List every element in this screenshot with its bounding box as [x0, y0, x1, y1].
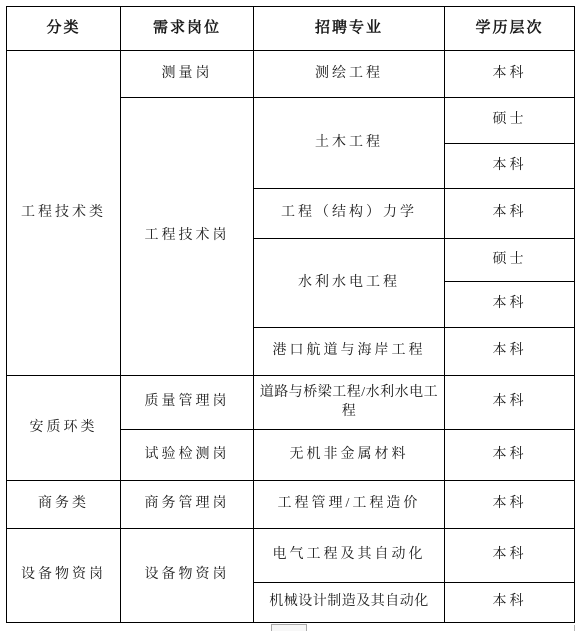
cell-major: 港口航道与海岸工程 [254, 328, 445, 376]
cell-major: 机械设计制造及其自动化 [254, 583, 445, 623]
cell-degree: 硕士 [445, 239, 575, 282]
table-row: 商务类 商务管理岗 工程管理/工程造价 本科 [7, 481, 575, 529]
cell-major: 工程管理/工程造价 [254, 481, 445, 529]
header-category: 分类 [7, 7, 121, 51]
clipped-gridline-fragment [574, 625, 575, 631]
cell-category: 安质环类 [7, 376, 121, 481]
cell-category: 设备物资岗 [7, 529, 121, 623]
cell-category: 商务类 [7, 481, 121, 529]
document-page: 分类 需求岗位 招聘专业 学历层次 工程技术类 测量岗 测绘工程 本科 工程技术… [0, 0, 579, 631]
cell-major: 道路与桥梁工程/水利水电工程 [254, 376, 445, 430]
cell-major: 测绘工程 [254, 51, 445, 98]
cell-major: 水利水电工程 [254, 239, 445, 328]
cell-major: 无机非金属材料 [254, 430, 445, 481]
header-degree: 学历层次 [445, 7, 575, 51]
cell-degree: 本科 [445, 282, 575, 328]
cell-degree: 本科 [445, 583, 575, 623]
cell-degree: 本科 [445, 529, 575, 583]
cell-degree: 本科 [445, 328, 575, 376]
cell-position: 质量管理岗 [121, 376, 254, 430]
recruitment-positions-table: 分类 需求岗位 招聘专业 学历层次 工程技术类 测量岗 测绘工程 本科 工程技术… [6, 6, 575, 623]
cell-degree: 本科 [445, 144, 575, 189]
cell-position: 工程技术岗 [121, 98, 254, 376]
cell-degree: 本科 [445, 51, 575, 98]
table-row: 工程技术类 测量岗 测绘工程 本科 [7, 51, 575, 98]
cell-major: 电气工程及其自动化 [254, 529, 445, 583]
cell-degree: 本科 [445, 430, 575, 481]
cell-degree: 本科 [445, 189, 575, 239]
cell-major: 土木工程 [254, 98, 445, 189]
cell-category: 工程技术类 [7, 51, 121, 376]
clipped-element-below-table [271, 624, 307, 631]
cell-degree: 本科 [445, 481, 575, 529]
header-major: 招聘专业 [254, 7, 445, 51]
header-row: 分类 需求岗位 招聘专业 学历层次 [7, 7, 575, 51]
cell-degree: 硕士 [445, 98, 575, 144]
cell-position: 设备物资岗 [121, 529, 254, 623]
header-position: 需求岗位 [121, 7, 254, 51]
cell-position: 商务管理岗 [121, 481, 254, 529]
cell-degree: 本科 [445, 376, 575, 430]
table-row: 安质环类 质量管理岗 道路与桥梁工程/水利水电工程 本科 [7, 376, 575, 430]
cell-position: 测量岗 [121, 51, 254, 98]
cell-major: 工程（结构）力学 [254, 189, 445, 239]
cell-position: 试验检测岗 [121, 430, 254, 481]
table-row: 设备物资岗 设备物资岗 电气工程及其自动化 本科 [7, 529, 575, 583]
